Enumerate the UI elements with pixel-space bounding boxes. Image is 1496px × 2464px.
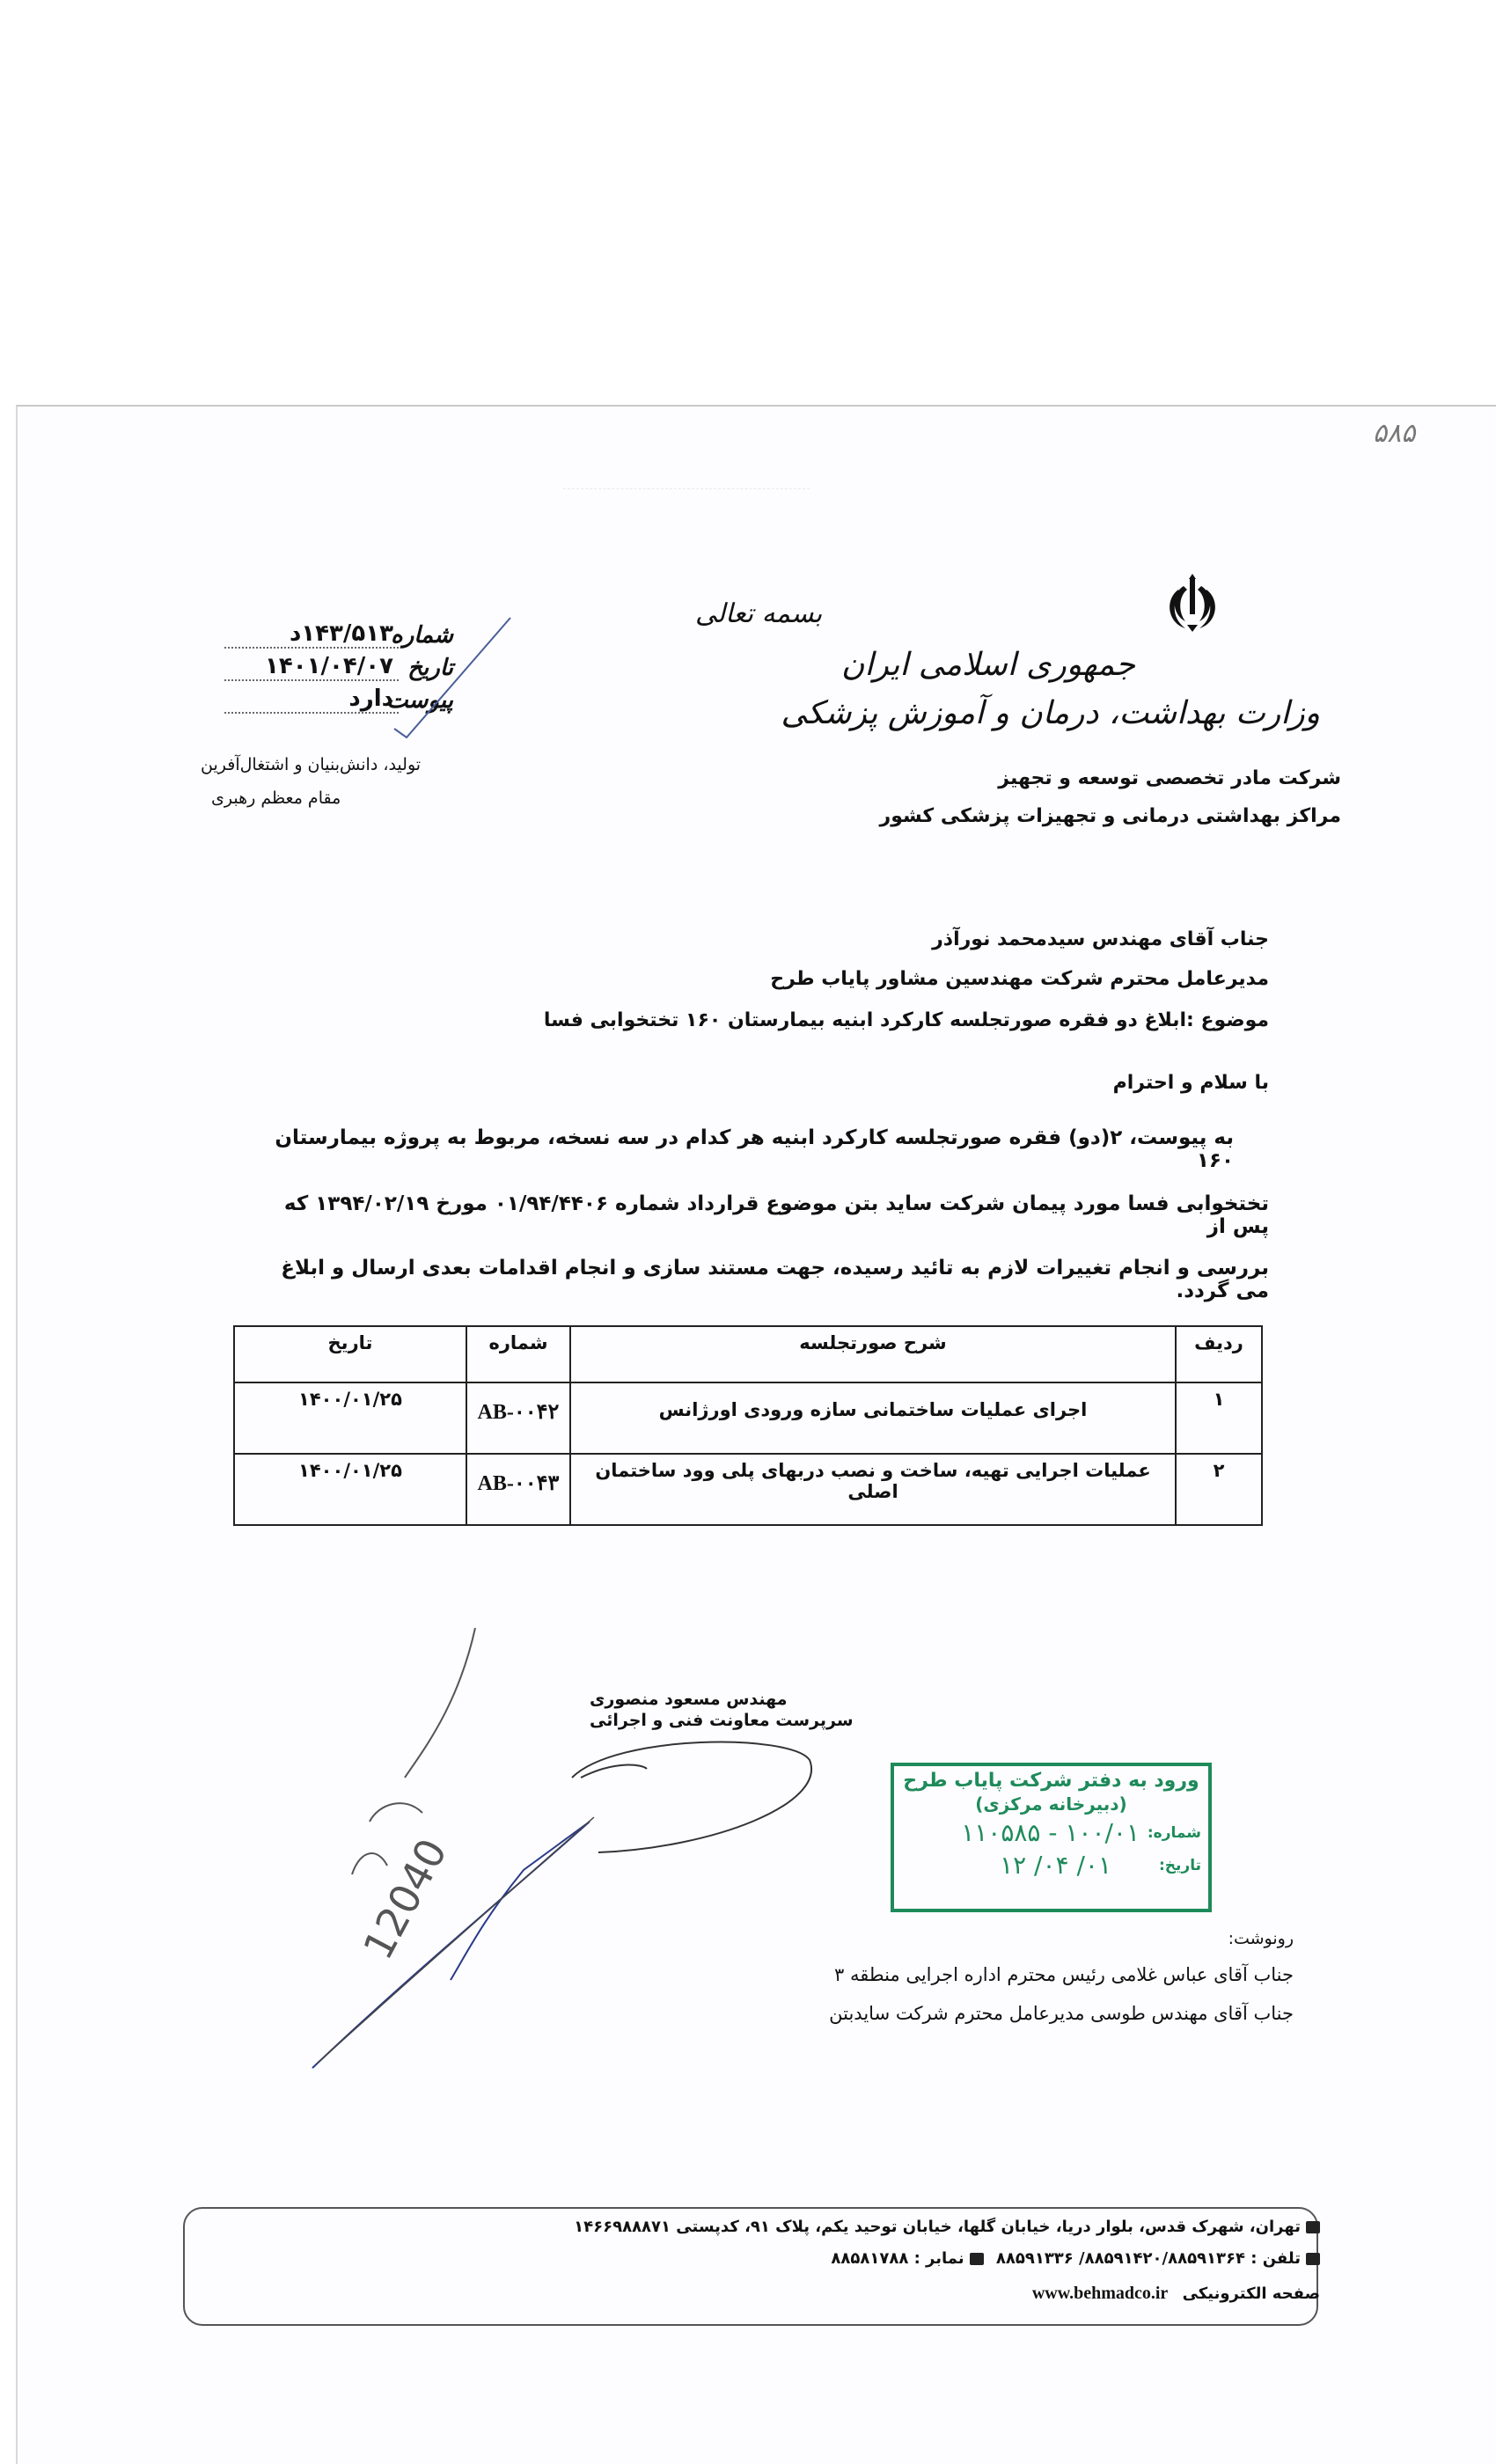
phone-label: تلفن : (1250, 2249, 1301, 2268)
phone-icon (1306, 2253, 1320, 2265)
cell-date: ۱۴۰۰/۰۱/۲۵ (234, 1382, 466, 1454)
letter-subject: موضوع :ابلاغ دو فقره صورتجلسه کارکرد ابن… (544, 1009, 1269, 1031)
stamp-number-row: شماره: ۱۰۰/۰۱ - ۱۱۰۵۸۵ (901, 1818, 1201, 1847)
table-row: ۲ عملیات اجرایی تهیه، ساخت و نصب دربهای … (234, 1454, 1262, 1525)
cell-number: AB-۰۰۴۳ (466, 1454, 570, 1525)
svg-text:12040: 12040 (354, 1831, 456, 1968)
header-date: تاریخ (234, 1326, 466, 1382)
body-line-3: بررسی و انجام تغییرات لازم به تائید رسید… (266, 1257, 1269, 1302)
copies-heading: رونوشت: (1228, 1929, 1294, 1948)
copy-recipient-1: جناب آقای عباس غلامی رئیس محترم اداره اج… (834, 1964, 1294, 1985)
iran-emblem-icon (1166, 570, 1219, 634)
table-header-row: ردیف شرح صورتجلسه شماره تاریخ (234, 1326, 1262, 1382)
stamp-date-value: ۰۱/ ۰۴/ ۱۲ (901, 1851, 1147, 1880)
stamp-date-row: تاریخ: ۰۱/ ۰۴/ ۱۲ (901, 1851, 1201, 1880)
header-row-number: ردیف (1176, 1326, 1262, 1382)
cell-date: ۱۴۰۰/۰۱/۲۵ (234, 1454, 466, 1525)
phone-value: ۸۸۵۹۱۴۲۰/۸۸۵۹۱۳۶۴/ ۸۸۵۹۱۳۳۶ (996, 2249, 1245, 2268)
cell-row-number: ۲ (1176, 1454, 1262, 1525)
attachment-value: دارد (224, 686, 399, 714)
copy-recipient-2: جناب آقای مهندس طوسی مدیرعامل محترم شرکت… (829, 2003, 1294, 2024)
header-number: شماره (466, 1326, 570, 1382)
handwritten-page-number: ۵۸۵ (1373, 418, 1415, 449)
slogan-line-2: مقام معظم رهبری (211, 788, 341, 808)
scan-artifact-marks (563, 488, 810, 498)
slogan-line-1: تولید، دانش‌بنیان و اشتغال‌آفرین (201, 755, 421, 774)
stamp-title: ورود به دفتر شرکت پایاب طرح (901, 1770, 1201, 1792)
envelope-icon (1306, 2221, 1320, 2233)
minutes-table: ردیف شرح صورتجلسه شماره تاریخ ۱ اجرای عم… (233, 1325, 1263, 1526)
footer-website-line: صفحه الکترونیکی www.behmadco.ir (1032, 2284, 1320, 2304)
letter-date-value: ۱۴۰۱/۰۴/۰۷ (224, 653, 399, 681)
received-stamp: ورود به دفتر شرکت پایاب طرح (دبیرخانه مر… (891, 1763, 1212, 1912)
organization-line-2: مراکز بهداشتی درمانی و تجهیزات پزشکی کشو… (880, 805, 1341, 827)
stamp-number-label: شماره: (1147, 1824, 1201, 1842)
organization-line-1: شرکت مادر تخصصی توسعه و تجهیز (998, 767, 1341, 789)
stamp-date-label: تاریخ: (1147, 1857, 1201, 1874)
cell-number: AB-۰۰۴۲ (466, 1382, 570, 1454)
stamp-number-value: ۱۰۰/۰۱ - ۱۱۰۵۸۵ (901, 1818, 1147, 1847)
letter-number-value: ۱۴۳/۵۱۳د (224, 620, 399, 649)
footer-address-line: تهران، شهرک قدس، بلوار دریا، خیابان گلها… (574, 2218, 1320, 2236)
handwritten-checkmark-icon (387, 616, 519, 739)
fax-label: نمابر : (914, 2249, 964, 2268)
website-label: صفحه الکترونیکی (1183, 2284, 1320, 2303)
cell-row-number: ۱ (1176, 1382, 1262, 1454)
body-line-1: به پیوست، ۲(دو) فقره صورتجلسه کارکرد ابن… (266, 1126, 1269, 1172)
fax-icon (970, 2253, 984, 2265)
ministry-line-1: جمهوری اسلامی ایران (841, 647, 1135, 683)
greeting: با سلام و احترام (1113, 1072, 1269, 1094)
ministry-line-2: وزارت بهداشت، درمان و آموزش پزشکی (781, 695, 1320, 731)
fax-value: ۸۸۵۸۱۷۸۸ (831, 2249, 908, 2268)
body-line-2: تختخوابی فسا مورد پیمان شرکت ساید بتن مو… (266, 1192, 1269, 1238)
cell-description: عملیات اجرایی تهیه، ساخت و نصب دربهای پل… (570, 1454, 1176, 1525)
handwritten-signature-icon: 12040 (299, 1602, 845, 2077)
addressee-position: مدیرعامل محترم شرکت مهندسین مشاور پایاب … (770, 968, 1269, 990)
stamp-subtitle: (دبیرخانه مرکزی) (901, 1793, 1201, 1815)
footer-phone-line: تلفن : ۸۸۵۹۱۴۲۰/۸۸۵۹۱۳۶۴/ ۸۸۵۹۱۳۳۶ نمابر… (831, 2249, 1320, 2268)
cell-description: اجرای عملیات ساختمانی سازه ورودی اورژانس (570, 1382, 1176, 1454)
addressee-name: جناب آقای مهندس سیدمحمد نورآذر (932, 928, 1269, 950)
footer-address: تهران، شهرک قدس، بلوار دریا، خیابان گلها… (574, 2218, 1301, 2236)
website-link[interactable]: www.behmadco.ir (1032, 2284, 1168, 2303)
table-row: ۱ اجرای عملیات ساختمانی سازه ورودی اورژا… (234, 1382, 1262, 1454)
header-description: شرح صورتجلسه (570, 1326, 1176, 1382)
bismillah-heading: بسمه تعالی (695, 598, 822, 629)
